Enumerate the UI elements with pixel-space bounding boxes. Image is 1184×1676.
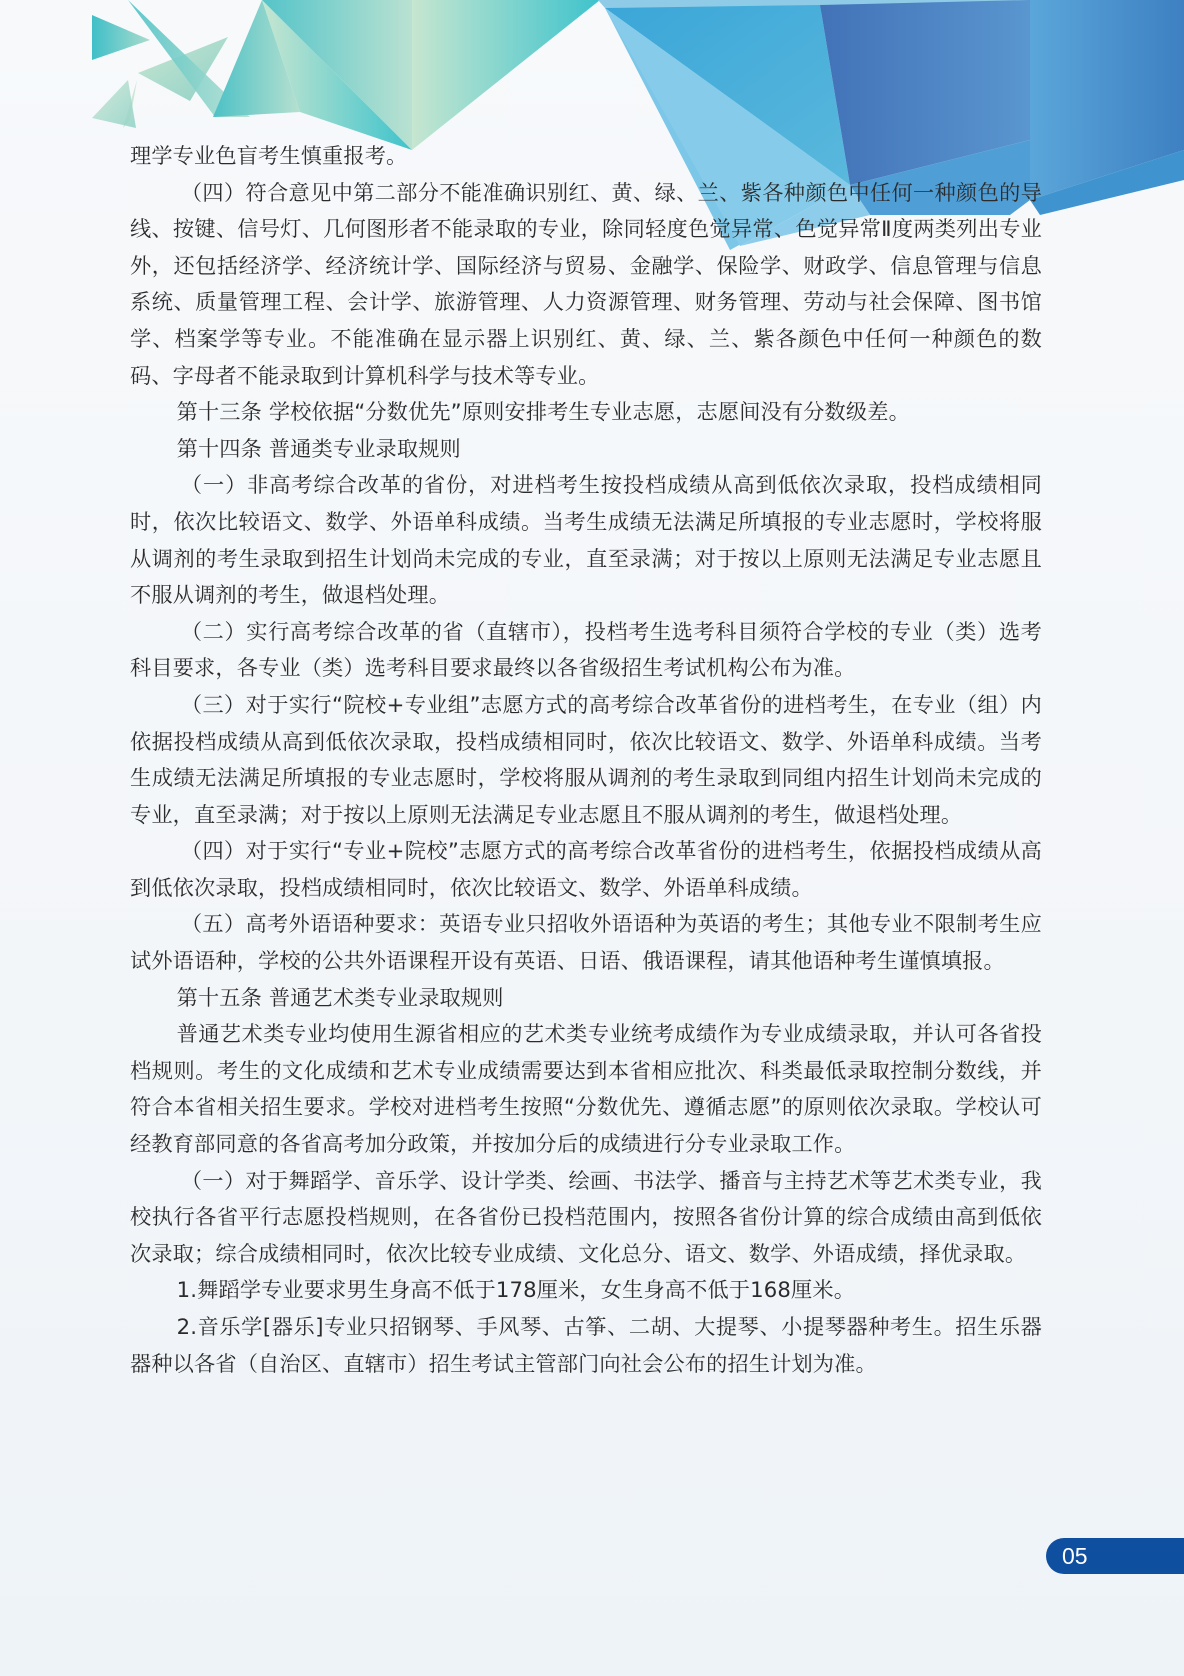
paragraph-article-14-4: （四）对于实行“专业+院校”志愿方式的高考综合改革省份的进档考生，依据投档成绩从…	[130, 833, 1042, 906]
page-number-tab: 05	[1046, 1538, 1184, 1574]
paragraph-article-13: 第十三条 学校依据“分数优先”原则安排考生专业志愿，志愿间没有分数级差。	[130, 394, 1042, 431]
paragraph-dance-requirement: 1.舞蹈学专业要求男生身高不低于178厘米，女生身高不低于168厘米。	[130, 1272, 1042, 1309]
paragraph-article-15-1: （一）对于舞蹈学、音乐学、设计学类、绘画、书法学、播音与主持艺术等艺术类专业，我…	[130, 1163, 1042, 1273]
paragraph-article-14-3: （三）对于实行“院校+专业组”志愿方式的高考综合改革省份的进档考生，在专业（组）…	[130, 687, 1042, 833]
paragraph-continued: 理学专业色盲考生慎重报考。	[130, 138, 1042, 175]
heading-article-14: 第十四条 普通类专业录取规则	[130, 431, 1042, 468]
paragraph-article-15-intro: 普通艺术类专业均使用生源省相应的艺术类专业统考成绩作为专业成绩录取，并认可各省投…	[130, 1016, 1042, 1162]
page-number: 05	[1062, 1543, 1088, 1569]
document-body: 理学专业色盲考生慎重报考。 （四）符合意见中第二部分不能准确识别红、黄、绿、兰、…	[130, 138, 1042, 1382]
paragraph-music-requirement: 2.音乐学[器乐]专业只招钢琴、手风琴、古筝、二胡、大提琴、小提琴器种考生。招生…	[130, 1309, 1042, 1382]
paragraph-color-vision-4: （四）符合意见中第二部分不能准确识别红、黄、绿、兰、紫各种颜色中任何一种颜色的导…	[130, 175, 1042, 395]
heading-article-15: 第十五条 普通艺术类专业录取规则	[130, 980, 1042, 1017]
paragraph-article-14-2: （二）实行高考综合改革的省（直辖市），投档考生选考科目须符合学校的专业（类）选考…	[130, 614, 1042, 687]
paragraph-article-14-1: （一）非高考综合改革的省份，对进档考生按投档成绩从高到低依次录取，投档成绩相同时…	[130, 467, 1042, 613]
paragraph-article-14-5: （五）高考外语语种要求：英语专业只招收外语语种为英语的考生；其他专业不限制考生应…	[130, 906, 1042, 979]
